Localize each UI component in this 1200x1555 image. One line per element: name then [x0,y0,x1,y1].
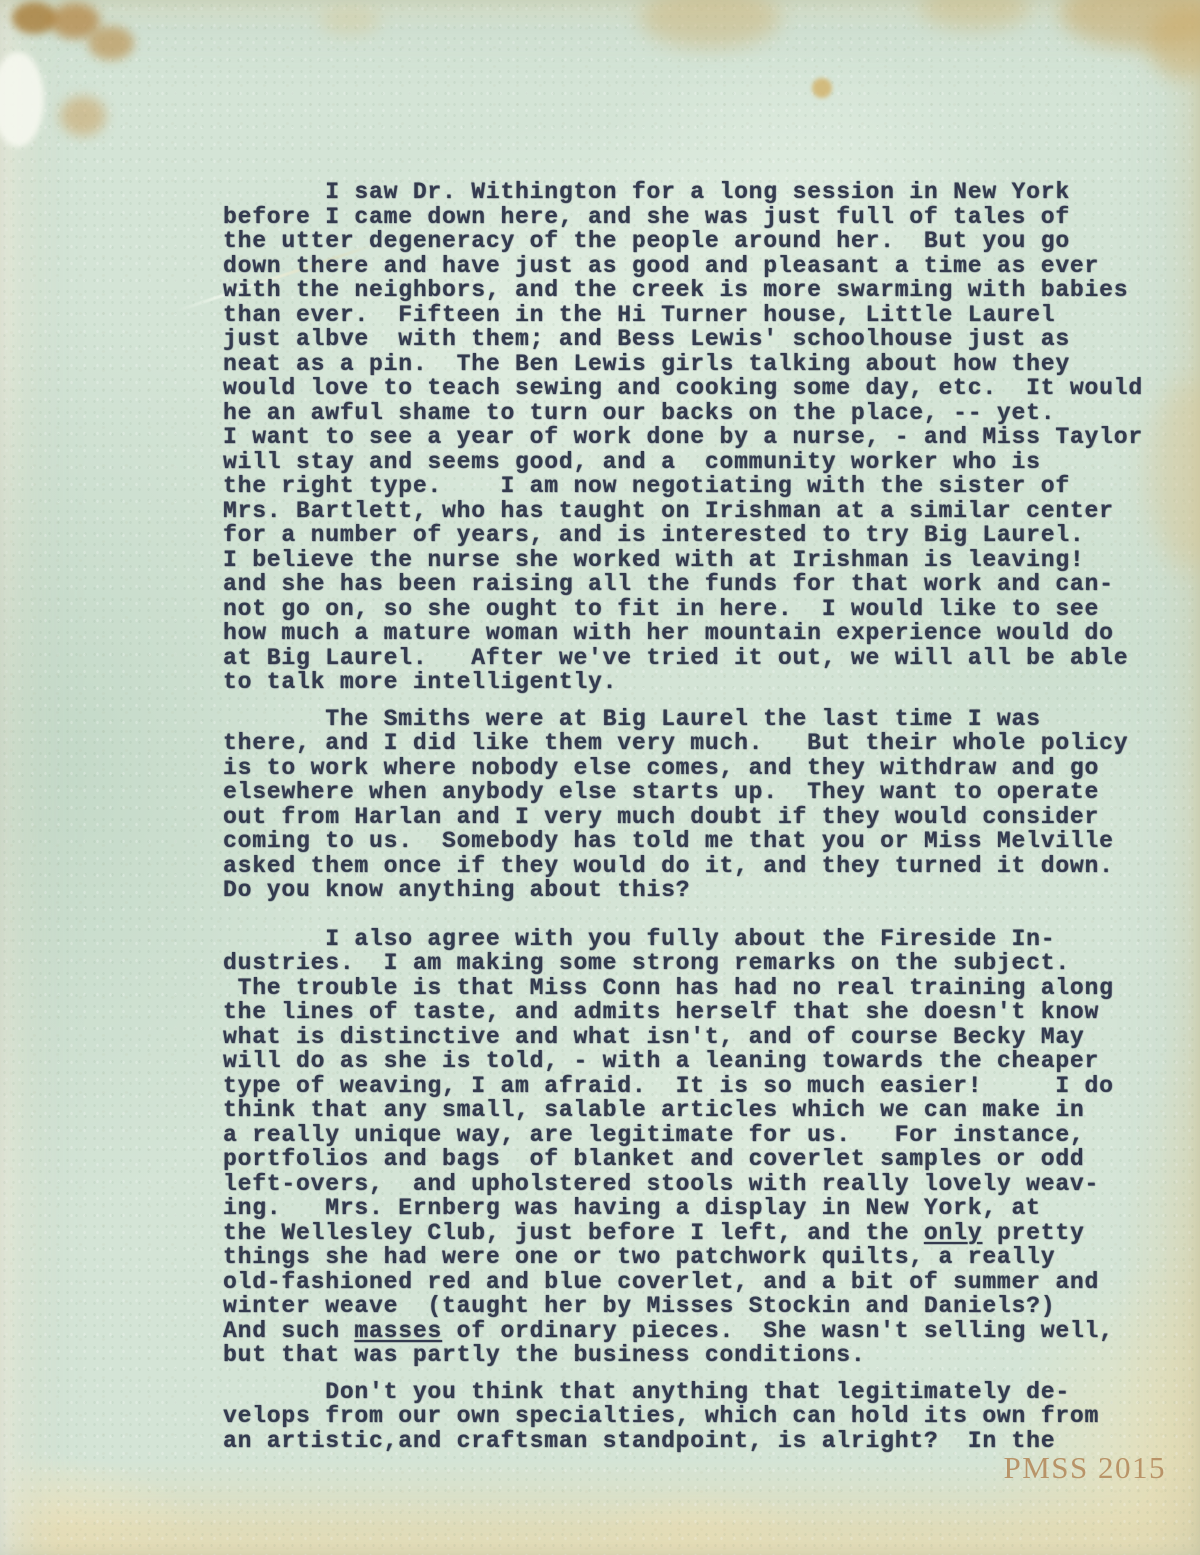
letter-line: will stay and seems good, and a communit… [223,450,1168,475]
letter-line: things she had were one or two patchwork… [223,1245,1168,1270]
letter-line: think that any small, salable articles w… [223,1098,1168,1123]
letter-line: not go on, so she ought to fit in here. … [223,597,1168,622]
letter-text: he an awful shame to turn our backs on t… [223,400,1055,426]
letter-line: the utter degeneracy of the people aroun… [223,229,1168,254]
letter-body: I saw Dr. Withington for a long session … [223,180,1168,1453]
letter-text: old-fashioned red and blue coverlet, and… [223,1269,1099,1295]
letter-text: an artistic,and craftsman standpoint, is… [223,1428,1055,1454]
letter-line: he an awful shame to turn our backs on t… [223,401,1168,426]
letter-line: is to work where nobody else comes, and … [223,756,1168,781]
letter-line: the Wellesley Club, just before I left, … [223,1221,1168,1246]
letter-text: winter weave (taught her by Misses Stock… [223,1293,1055,1319]
letter-text: out from Harlan and I very much doubt if… [223,804,1099,830]
letter-text: coming to us. Somebody has told me that … [223,828,1114,854]
letter-text: what is distinctive and what isn't, and … [223,1024,1085,1050]
letter-text: I saw Dr. Withington for a long session … [223,179,1070,205]
letter-line: and she has been raising all the funds f… [223,572,1168,597]
letter-text: And such [223,1318,354,1344]
letter-line: what is distinctive and what isn't, and … [223,1025,1168,1050]
letter-paragraph: I saw Dr. Withington for a long session … [223,180,1168,695]
letter-line: portfolios and bags of blanket and cover… [223,1147,1168,1172]
letter-text: type of weaving, I am afraid. It is so m… [223,1073,1114,1099]
letter-text: at Big Laurel. After we've tried it out,… [223,645,1128,671]
letter-line: neat as a pin. The Ben Lewis girls talki… [223,352,1168,377]
letter-text: a really unique way, are legitimate for … [223,1122,1085,1148]
letter-line: will do as she is told, - with a leaning… [223,1049,1168,1074]
letter-text: I want to see a year of work done by a n… [223,424,1143,450]
letter-text: but that was partly the business conditi… [223,1342,866,1368]
stain-spot [812,78,832,98]
letter-text: the Wellesley Club, just before I left, … [223,1220,924,1246]
letter-line: I also agree with you fully about the Fi… [223,927,1168,952]
letter-text: dustries. I am making some strong remark… [223,950,1070,976]
letter-line: just albve with them; and Bess Lewis' sc… [223,327,1168,352]
letter-line: Mrs. Bartlett, who has taught on Irishma… [223,499,1168,524]
letter-text: down there and have just as good and ple… [223,253,1099,279]
underlined-text: only [924,1220,982,1246]
letter-text: I also agree with you fully about the Fi… [223,926,1055,952]
letter-text: for a number of years, and is interested… [223,522,1085,548]
letter-line: The Smiths were at Big Laurel the last t… [223,707,1168,732]
stain-top-left-3 [88,26,134,60]
letter-text: the right type. I am now negotiating wit… [223,473,1070,499]
letter-line: ing. Mrs. Ernberg was having a display i… [223,1196,1168,1221]
letter-text: and she has been raising all the funds f… [223,571,1114,597]
letter-text: velops from our own specialties, which c… [223,1403,1099,1429]
stain-top-faint [320,6,380,36]
watermark: PMSS 2015 [1003,1450,1166,1486]
letter-line: with the neighbors, and the creek is mor… [223,278,1168,303]
letter-line: there, and I did like them very much. Bu… [223,731,1168,756]
letter-line: how much a mature woman with her mountai… [223,621,1168,646]
letter-line: coming to us. Somebody has told me that … [223,829,1168,854]
letter-line: And such masses of ordinary pieces. She … [223,1319,1168,1344]
document-page: I saw Dr. Withington for a long session … [0,0,1200,1555]
letter-text: before I came down here, and she was jus… [223,204,1070,230]
letter-paragraph: I also agree with you fully about the Fi… [223,927,1168,1368]
letter-line: I want to see a year of work done by a n… [223,425,1168,450]
letter-line: left-overs, and upholstered stools with … [223,1172,1168,1197]
letter-line: down there and have just as good and ple… [223,254,1168,279]
stain-top-left-4 [60,96,106,136]
letter-text: to talk more intelligently. [223,669,617,695]
letter-line: velops from our own specialties, which c… [223,1404,1168,1429]
letter-line: out from Harlan and I very much doubt if… [223,805,1168,830]
letter-line: but that was partly the business conditi… [223,1343,1168,1368]
letter-line: to talk more intelligently. [223,670,1168,695]
letter-line: before I came down here, and she was jus… [223,205,1168,230]
letter-line: old-fashioned red and blue coverlet, and… [223,1270,1168,1295]
letter-text: things she had were one or two patchwork… [223,1244,1055,1270]
letter-line: at Big Laurel. After we've tried it out,… [223,646,1168,671]
letter-line: elsewhere when anybody else starts up. T… [223,780,1168,805]
letter-line: the lines of taste, and admits herself t… [223,1000,1168,1025]
letter-text: Do you know anything about this? [223,877,690,903]
letter-text: The trouble is that Miss Conn has had no… [223,975,1114,1001]
letter-text: Mrs. Bartlett, who has taught on Irishma… [223,498,1114,524]
letter-text: ing. Mrs. Ernberg was having a display i… [223,1195,1041,1221]
letter-line: the right type. I am now negotiating wit… [223,474,1168,499]
letter-text: will do as she is told, - with a leaning… [223,1048,1099,1074]
letter-line: type of weaving, I am afraid. It is so m… [223,1074,1168,1099]
letter-text: elsewhere when anybody else starts up. T… [223,779,1099,805]
letter-text: asked them once if they would do it, and… [223,853,1114,879]
letter-text: not go on, so she ought to fit in here. … [223,596,1099,622]
letter-text: the lines of taste, and admits herself t… [223,999,1099,1025]
letter-text: just albve with them; and Bess Lewis' sc… [223,326,1070,352]
letter-paragraph: Don't you think that anything that legit… [223,1380,1168,1454]
letter-line: The trouble is that Miss Conn has had no… [223,976,1168,1001]
letter-line: I saw Dr. Withington for a long session … [223,180,1168,205]
letter-text: pretty [982,1220,1084,1246]
letter-text: of ordinary pieces. She wasn't selling w… [442,1318,1114,1344]
underlined-text: masses [354,1318,442,1344]
letter-line: a really unique way, are legitimate for … [223,1123,1168,1148]
letter-paragraph: The Smiths were at Big Laurel the last t… [223,707,1168,903]
letter-line: asked them once if they would do it, and… [223,854,1168,879]
letter-text: would love to teach sewing and cooking s… [223,375,1143,401]
letter-text: there, and I did like them very much. Bu… [223,730,1128,756]
letter-text: how much a mature woman with her mountai… [223,620,1114,646]
letter-text: is to work where nobody else comes, and … [223,755,1099,781]
letter-text: neat as a pin. The Ben Lewis girls talki… [223,351,1070,377]
letter-text: Don't you think that anything that legit… [223,1379,1070,1405]
letter-text: the utter degeneracy of the people aroun… [223,228,1070,254]
letter-line: dustries. I am making some strong remark… [223,951,1168,976]
letter-line: than ever. Fifteen in the Hi Turner hous… [223,303,1168,328]
letter-line: Do you know anything about this? [223,878,1168,903]
letter-text: than ever. Fifteen in the Hi Turner hous… [223,302,1055,328]
letter-line: would love to teach sewing and cooking s… [223,376,1168,401]
letter-text: I believe the nurse she worked with at I… [223,547,1085,573]
letter-text: think that any small, salable articles w… [223,1097,1085,1123]
letter-line: I believe the nurse she worked with at I… [223,548,1168,573]
letter-text: portfolios and bags of blanket and cover… [223,1146,1085,1172]
letter-line: winter weave (taught her by Misses Stock… [223,1294,1168,1319]
letter-text: will stay and seems good, and a communit… [223,449,1041,475]
letter-text: with the neighbors, and the creek is mor… [223,277,1128,303]
letter-line: Don't you think that anything that legit… [223,1380,1168,1405]
letter-text: left-overs, and upholstered stools with … [223,1171,1099,1197]
letter-text: The Smiths were at Big Laurel the last t… [223,706,1041,732]
letter-line: for a number of years, and is interested… [223,523,1168,548]
